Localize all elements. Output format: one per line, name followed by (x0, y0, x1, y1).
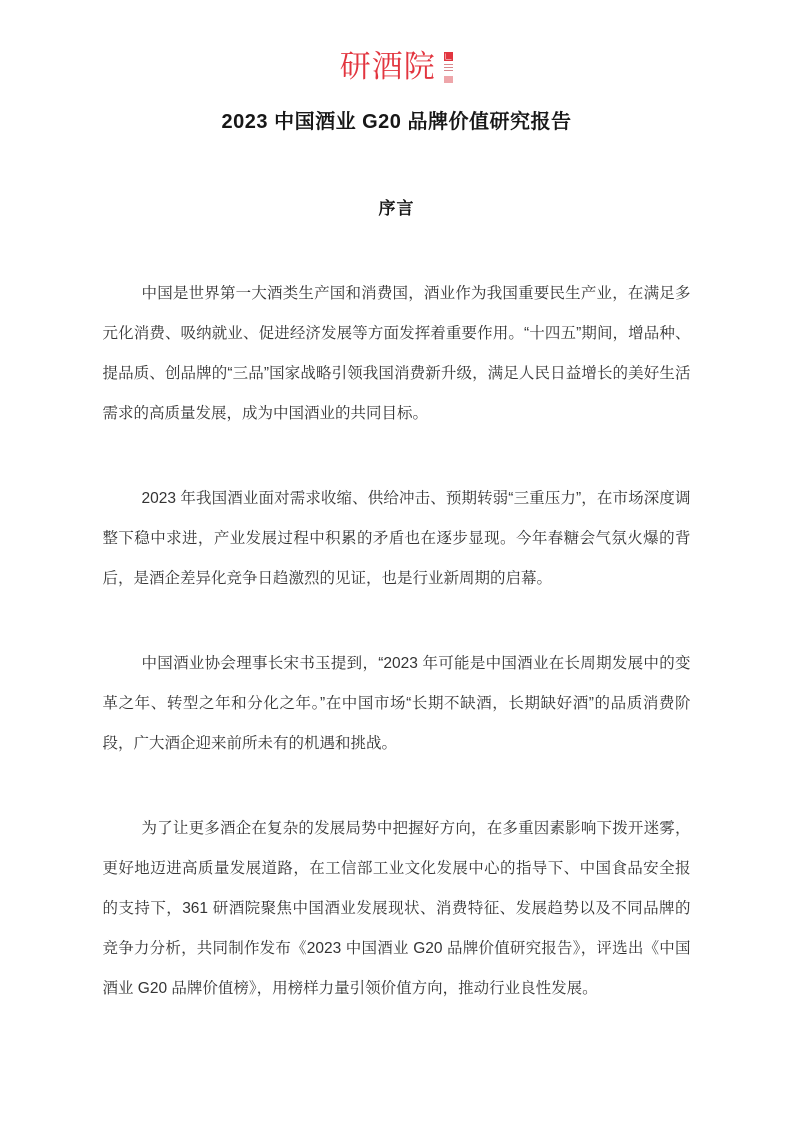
paragraph: 中国酒业协会理事长宋书玉提到，“2023 年可能是中国酒业在长周期发展中的变革之… (103, 644, 691, 764)
paragraph: 为了让更多酒企在复杂的发展局势中把握好方向，在多重因素影响下拨开迷雾，更好地迈进… (103, 809, 691, 1009)
paragraph: 中国是世界第一大酒类生产国和消费国，酒业作为我国重要民生产业，在满足多元化消费、… (103, 274, 691, 434)
seal-bottom-square (444, 76, 453, 83)
logo: 研酒院 (0, 48, 793, 86)
logo-seal-icon (444, 52, 453, 83)
seal-small-text-lines (444, 64, 453, 73)
logo-text: 研酒院 (340, 49, 436, 84)
paragraph: 2023 年我国酒业面对需求收缩、供给冲击、预期转弱“三重压力”，在市场深度调整… (103, 479, 691, 599)
document-page: 研酒院 2023 中国酒业 G20 品牌价值研究报告 序言 中国是世界第一大酒类… (0, 0, 793, 1122)
preface-body: 中国是世界第一大酒类生产国和消费国，酒业作为我国重要民生产业，在满足多元化消费、… (103, 274, 691, 1009)
report-title: 2023 中国酒业 G20 品牌价值研究报告 (0, 108, 793, 136)
seal-top-square (444, 52, 453, 61)
section-heading: 序言 (0, 196, 793, 222)
